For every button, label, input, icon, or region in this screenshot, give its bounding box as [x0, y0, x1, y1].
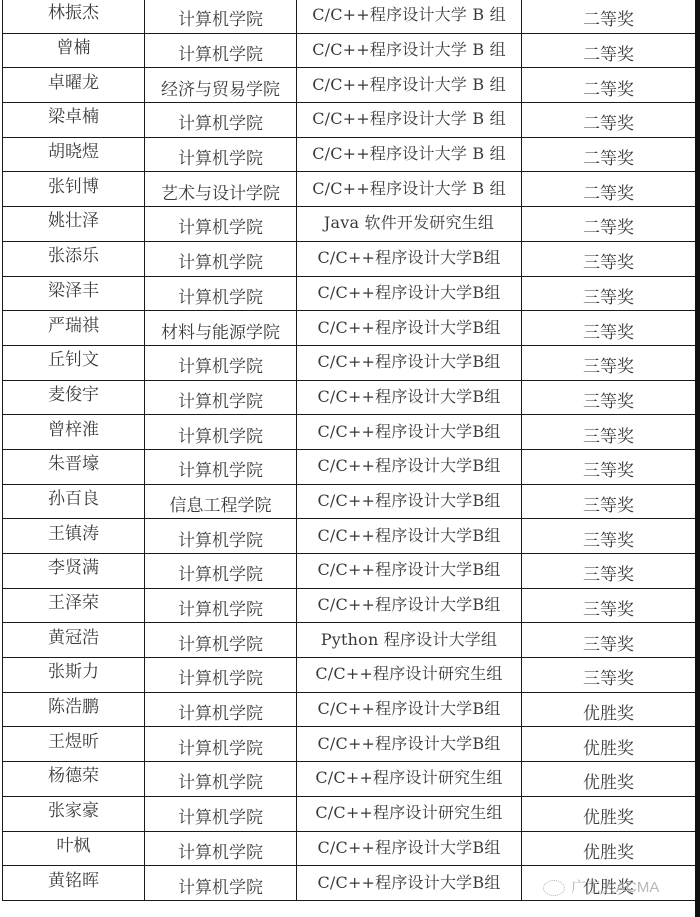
college-cell: 计算机学院	[145, 762, 297, 797]
award-level-cell: 三等奖	[522, 554, 696, 589]
competition-group: C/C++程序设计大学B组	[317, 526, 500, 545]
competition-group: C/C++程序设计大学 B 组	[312, 144, 506, 163]
winner-name: 梁泽丰	[48, 281, 99, 301]
award-level-cell: 三等奖	[522, 484, 696, 519]
award-level-cell: 优胜奖	[522, 692, 696, 727]
college: 计算机学院	[178, 704, 263, 724]
table-row: 张家豪计算机学院C/C++程序设计研究生组优胜奖	[3, 796, 696, 831]
table-row: 张斯力计算机学院C/C++程序设计研究生组三等奖	[3, 658, 696, 693]
college-cell: 计算机学院	[145, 137, 297, 172]
table-row: 孙百良信息工程学院C/C++程序设计大学B组三等奖	[3, 484, 696, 519]
winner-name: 孙百良	[48, 489, 99, 509]
award-level: 三等奖	[583, 600, 634, 620]
competition-group-cell: C/C++程序设计大学B组	[297, 554, 522, 589]
winner-name: 张添乐	[48, 246, 99, 266]
table-row: 曾楠计算机学院C/C++程序设计大学 B 组二等奖	[3, 33, 696, 68]
college: 艺术与设计学院	[161, 184, 280, 204]
award-level-cell: 优胜奖	[522, 762, 696, 797]
winner-name-cell: 叶枫	[3, 831, 145, 866]
award-level-cell: 优胜奖	[522, 727, 696, 762]
competition-group: C/C++程序设计大学B组	[317, 734, 500, 753]
winner-name-cell: 麦俊宇	[3, 380, 145, 415]
winner-name-cell: 王镇涛	[3, 519, 145, 554]
competition-group: C/C++程序设计大学B组	[317, 595, 500, 614]
table-row: 黄铭晖计算机学院C/C++程序设计大学B组优胜奖	[3, 866, 696, 901]
award-level-cell: 二等奖	[522, 172, 696, 207]
competition-group-cell: C/C++程序设计大学 B 组	[297, 172, 522, 207]
college: 计算机学院	[178, 843, 263, 863]
college: 计算机学院	[178, 600, 263, 620]
winner-name-cell: 张家豪	[3, 796, 145, 831]
competition-group: C/C++程序设计大学 B 组	[312, 5, 506, 24]
college: 计算机学院	[178, 392, 263, 412]
competition-group-cell: C/C++程序设计大学B组	[297, 866, 522, 901]
winner-name: 曾楠	[57, 38, 91, 58]
college-cell: 计算机学院	[145, 831, 297, 866]
competition-group: Python 程序设计大学组	[321, 630, 497, 649]
award-level-cell: 二等奖	[522, 0, 696, 33]
award-level: 三等奖	[583, 357, 634, 377]
table-row: 叶枫计算机学院C/C++程序设计大学B组优胜奖	[3, 831, 696, 866]
college: 材料与能源学院	[161, 323, 280, 343]
table-row: 王泽荣计算机学院C/C++程序设计大学B组三等奖	[3, 588, 696, 623]
award-level-cell: 二等奖	[522, 137, 696, 172]
college-cell: 计算机学院	[145, 276, 297, 311]
competition-group: C/C++程序设计大学B组	[317, 873, 500, 892]
college: 计算机学院	[178, 253, 263, 273]
college: 计算机学院	[178, 427, 263, 447]
competition-group-cell: C/C++程序设计大学B组	[297, 449, 522, 484]
competition-group-cell: C/C++程序设计研究生组	[297, 762, 522, 797]
college: 信息工程学院	[170, 496, 272, 516]
awards-table: 林振杰计算机学院C/C++程序设计大学 B 组二等奖曾楠计算机学院C/C++程序…	[2, 0, 696, 901]
college-cell: 计算机学院	[145, 415, 297, 450]
award-level-cell: 三等奖	[522, 519, 696, 554]
winner-name: 黄冠浩	[48, 628, 99, 648]
competition-group-cell: C/C++程序设计大学B组	[297, 692, 522, 727]
award-level: 三等奖	[583, 427, 634, 447]
college: 计算机学院	[178, 808, 263, 828]
college: 计算机学院	[178, 114, 263, 134]
winner-name-cell: 曾楠	[3, 33, 145, 68]
award-level-cell: 三等奖	[522, 449, 696, 484]
college-cell: 计算机学院	[145, 692, 297, 727]
winner-name-cell: 黄铭晖	[3, 866, 145, 901]
competition-group: C/C++程序设计大学B组	[317, 387, 500, 406]
competition-group-cell: C/C++程序设计大学 B 组	[297, 33, 522, 68]
college: 计算机学院	[178, 531, 263, 551]
college: 计算机学院	[178, 45, 263, 65]
winner-name-cell: 林振杰	[3, 0, 145, 33]
award-level: 三等奖	[583, 392, 634, 412]
competition-group-cell: C/C++程序设计大学B组	[297, 276, 522, 311]
competition-group-cell: C/C++程序设计研究生组	[297, 658, 522, 693]
award-level: 三等奖	[583, 565, 634, 585]
winner-name: 张钊博	[48, 177, 99, 197]
table-row: 王煜昕计算机学院C/C++程序设计大学B组优胜奖	[3, 727, 696, 762]
college: 计算机学院	[178, 565, 263, 585]
winner-name-cell: 梁卓楠	[3, 103, 145, 138]
award-level: 优胜奖	[583, 739, 634, 759]
award-level-cell: 二等奖	[522, 103, 696, 138]
competition-group: C/C++程序设计大学B组	[317, 491, 500, 510]
winner-name: 王煜昕	[48, 732, 99, 752]
table-row: 胡晓煜计算机学院C/C++程序设计大学 B 组二等奖	[3, 137, 696, 172]
winner-name-cell: 李贤满	[3, 554, 145, 589]
competition-group: C/C++程序设计大学B组	[317, 248, 500, 267]
award-level-cell: 三等奖	[522, 345, 696, 380]
winner-name-cell: 严瑞祺	[3, 311, 145, 346]
winner-name: 陈浩鹏	[48, 697, 99, 717]
winner-name-cell: 丘钊文	[3, 345, 145, 380]
award-level: 二等奖	[583, 184, 634, 204]
competition-group-cell: C/C++程序设计大学B组	[297, 484, 522, 519]
award-level-cell: 三等奖	[522, 658, 696, 693]
college-cell: 计算机学院	[145, 345, 297, 380]
winner-name: 卓曜龙	[48, 73, 99, 93]
competition-group: C/C++程序设计大学B组	[317, 283, 500, 302]
competition-group-cell: C/C++程序设计大学B组	[297, 831, 522, 866]
winner-name-cell: 陈浩鹏	[3, 692, 145, 727]
competition-group-cell: C/C++程序设计大学B组	[297, 311, 522, 346]
award-level: 三等奖	[583, 461, 634, 481]
award-level: 优胜奖	[583, 878, 634, 898]
college: 计算机学院	[178, 218, 263, 238]
table-row: 梁卓楠计算机学院C/C++程序设计大学 B 组二等奖	[3, 103, 696, 138]
winner-name-cell: 梁泽丰	[3, 276, 145, 311]
award-level: 三等奖	[583, 253, 634, 273]
table-row: 张钊博艺术与设计学院C/C++程序设计大学 B 组二等奖	[3, 172, 696, 207]
winner-name-cell: 朱晋壕	[3, 449, 145, 484]
award-level-cell: 三等奖	[522, 276, 696, 311]
competition-group-cell: C/C++程序设计大学 B 组	[297, 0, 522, 33]
winner-name-cell: 王煜昕	[3, 727, 145, 762]
award-level: 二等奖	[583, 80, 634, 100]
college-cell: 信息工程学院	[145, 484, 297, 519]
award-level: 二等奖	[583, 114, 634, 134]
award-level-cell: 三等奖	[522, 241, 696, 276]
winner-name-cell: 孙百良	[3, 484, 145, 519]
college-cell: 计算机学院	[145, 623, 297, 658]
winner-name: 林振杰	[48, 3, 99, 23]
table-row: 李贤满计算机学院C/C++程序设计大学B组三等奖	[3, 554, 696, 589]
college-cell: 经济与贸易学院	[145, 68, 297, 103]
table-row: 张添乐计算机学院C/C++程序设计大学B组三等奖	[3, 241, 696, 276]
college-cell: 计算机学院	[145, 241, 297, 276]
award-level-cell: 二等奖	[522, 33, 696, 68]
college-cell: 计算机学院	[145, 796, 297, 831]
winner-name: 丘钊文	[48, 350, 99, 370]
award-level: 二等奖	[583, 10, 634, 30]
college: 计算机学院	[178, 288, 263, 308]
winner-name: 王镇涛	[48, 524, 99, 544]
competition-group-cell: C/C++程序设计大学B组	[297, 519, 522, 554]
winner-name: 张家豪	[48, 801, 99, 821]
winner-name-cell: 杨德荣	[3, 762, 145, 797]
winner-name-cell: 黄冠浩	[3, 623, 145, 658]
winner-name: 胡晓煜	[48, 142, 99, 162]
college: 计算机学院	[178, 635, 263, 655]
college-cell: 艺术与设计学院	[145, 172, 297, 207]
table-row: 黄冠浩计算机学院Python 程序设计大学组三等奖	[3, 623, 696, 658]
table-row: 杨德荣计算机学院C/C++程序设计研究生组优胜奖	[3, 762, 696, 797]
award-level-cell: 优胜奖	[522, 796, 696, 831]
award-level-cell: 三等奖	[522, 415, 696, 450]
winner-name: 王泽荣	[48, 593, 99, 613]
award-level-cell: 优胜奖	[522, 866, 696, 901]
award-level-cell: 三等奖	[522, 588, 696, 623]
table-row: 陈浩鹏计算机学院C/C++程序设计大学B组优胜奖	[3, 692, 696, 727]
college-cell: 计算机学院	[145, 519, 297, 554]
award-level: 优胜奖	[583, 773, 634, 793]
college-cell: 计算机学院	[145, 380, 297, 415]
award-level: 三等奖	[583, 288, 634, 308]
competition-group: C/C++程序设计大学 B 组	[312, 75, 506, 94]
award-level-cell: 二等奖	[522, 207, 696, 242]
award-level: 三等奖	[583, 635, 634, 655]
winner-name: 李贤满	[48, 558, 99, 578]
winner-name: 张斯力	[48, 662, 99, 682]
winner-name: 叶枫	[57, 836, 91, 856]
winner-name-cell: 卓曜龙	[3, 68, 145, 103]
competition-group-cell: C/C++程序设计大学 B 组	[297, 68, 522, 103]
winner-name-cell: 胡晓煜	[3, 137, 145, 172]
award-level: 二等奖	[583, 45, 634, 65]
award-level: 优胜奖	[583, 808, 634, 828]
award-level-cell: 二等奖	[522, 68, 696, 103]
winner-name-cell: 姚壮泽	[3, 207, 145, 242]
college-cell: 计算机学院	[145, 554, 297, 589]
competition-group-cell: C/C++程序设计大学 B 组	[297, 103, 522, 138]
competition-group: C/C++程序设计大学 B 组	[312, 179, 506, 198]
winner-name: 严瑞祺	[48, 316, 99, 336]
college-cell: 计算机学院	[145, 658, 297, 693]
competition-group-cell: C/C++程序设计大学B组	[297, 415, 522, 450]
winner-name-cell: 张斯力	[3, 658, 145, 693]
award-level: 优胜奖	[583, 843, 634, 863]
competition-group-cell: C/C++程序设计大学B组	[297, 727, 522, 762]
winner-name: 姚壮泽	[48, 211, 99, 231]
award-level: 二等奖	[583, 149, 634, 169]
college-cell: 计算机学院	[145, 103, 297, 138]
competition-group: C/C++程序设计研究生组	[315, 664, 502, 683]
competition-group-cell: C/C++程序设计研究生组	[297, 796, 522, 831]
competition-group: C/C++程序设计大学B组	[317, 560, 500, 579]
table-row: 朱晋壕计算机学院C/C++程序设计大学B组三等奖	[3, 449, 696, 484]
table-row: 林振杰计算机学院C/C++程序设计大学 B 组二等奖	[3, 0, 696, 33]
competition-group: C/C++程序设计大学B组	[317, 456, 500, 475]
award-level-cell: 三等奖	[522, 311, 696, 346]
college: 计算机学院	[178, 739, 263, 759]
competition-group: C/C++程序设计研究生组	[315, 768, 502, 787]
college-cell: 计算机学院	[145, 866, 297, 901]
winner-name-cell: 王泽荣	[3, 588, 145, 623]
college: 计算机学院	[178, 878, 263, 898]
competition-group-cell: C/C++程序设计大学B组	[297, 380, 522, 415]
competition-group: Java 软件开发研究生组	[324, 213, 494, 232]
right-edge-strip	[695, 0, 700, 917]
winner-name-cell: 曾梓淮	[3, 415, 145, 450]
winner-name: 梁卓楠	[48, 107, 99, 127]
college: 计算机学院	[178, 149, 263, 169]
college-cell: 计算机学院	[145, 727, 297, 762]
table-row: 麦俊宇计算机学院C/C++程序设计大学B组三等奖	[3, 380, 696, 415]
competition-group: C/C++程序设计大学 B 组	[312, 40, 506, 59]
competition-group-cell: C/C++程序设计大学B组	[297, 345, 522, 380]
college: 计算机学院	[178, 10, 263, 30]
table-row: 丘钊文计算机学院C/C++程序设计大学B组三等奖	[3, 345, 696, 380]
competition-group-cell: Python 程序设计大学组	[297, 623, 522, 658]
competition-group: C/C++程序设计研究生组	[315, 803, 502, 822]
competition-group: C/C++程序设计大学B组	[317, 422, 500, 441]
competition-group: C/C++程序设计大学B组	[317, 838, 500, 857]
competition-group-cell: C/C++程序设计大学B组	[297, 241, 522, 276]
award-level: 三等奖	[583, 531, 634, 551]
winner-name: 麦俊宇	[48, 385, 99, 405]
table-row: 严瑞祺材料与能源学院C/C++程序设计大学B组三等奖	[3, 311, 696, 346]
award-level-cell: 优胜奖	[522, 831, 696, 866]
college-cell: 计算机学院	[145, 588, 297, 623]
award-level: 二等奖	[583, 218, 634, 238]
competition-group-cell: C/C++程序设计大学B组	[297, 588, 522, 623]
award-level-cell: 三等奖	[522, 623, 696, 658]
award-level: 优胜奖	[583, 704, 634, 724]
winner-name: 黄铭晖	[48, 871, 99, 891]
competition-group: C/C++程序设计大学 B 组	[312, 109, 506, 128]
award-level: 三等奖	[583, 496, 634, 516]
award-level: 三等奖	[583, 669, 634, 689]
competition-group: C/C++程序设计大学B组	[317, 699, 500, 718]
winner-name: 朱晋壕	[48, 454, 99, 474]
table-row: 王镇涛计算机学院C/C++程序设计大学B组三等奖	[3, 519, 696, 554]
competition-group: C/C++程序设计大学B组	[317, 318, 500, 337]
winner-name-cell: 张钊博	[3, 172, 145, 207]
college-cell: 计算机学院	[145, 449, 297, 484]
competition-group: C/C++程序设计大学B组	[317, 352, 500, 371]
award-level: 三等奖	[583, 323, 634, 343]
table-row: 曾梓淮计算机学院C/C++程序设计大学B组三等奖	[3, 415, 696, 450]
table-row: 姚壮泽计算机学院Java 软件开发研究生组二等奖	[3, 207, 696, 242]
college: 经济与贸易学院	[161, 80, 280, 100]
college: 计算机学院	[178, 461, 263, 481]
winner-name: 杨德荣	[48, 766, 99, 786]
college-cell: 材料与能源学院	[145, 311, 297, 346]
award-level-cell: 三等奖	[522, 380, 696, 415]
winner-name: 曾梓淮	[48, 420, 99, 440]
competition-group-cell: C/C++程序设计大学 B 组	[297, 137, 522, 172]
table-row: 卓曜龙经济与贸易学院C/C++程序设计大学 B 组二等奖	[3, 68, 696, 103]
awards-table-body: 林振杰计算机学院C/C++程序设计大学 B 组二等奖曾楠计算机学院C/C++程序…	[3, 0, 696, 900]
college-cell: 计算机学院	[145, 33, 297, 68]
college: 计算机学院	[178, 357, 263, 377]
winner-name-cell: 张添乐	[3, 241, 145, 276]
table-row: 梁泽丰计算机学院C/C++程序设计大学B组三等奖	[3, 276, 696, 311]
college-cell: 计算机学院	[145, 207, 297, 242]
college-cell: 计算机学院	[145, 0, 297, 33]
college: 计算机学院	[178, 773, 263, 793]
college: 计算机学院	[178, 669, 263, 689]
competition-group-cell: Java 软件开发研究生组	[297, 207, 522, 242]
